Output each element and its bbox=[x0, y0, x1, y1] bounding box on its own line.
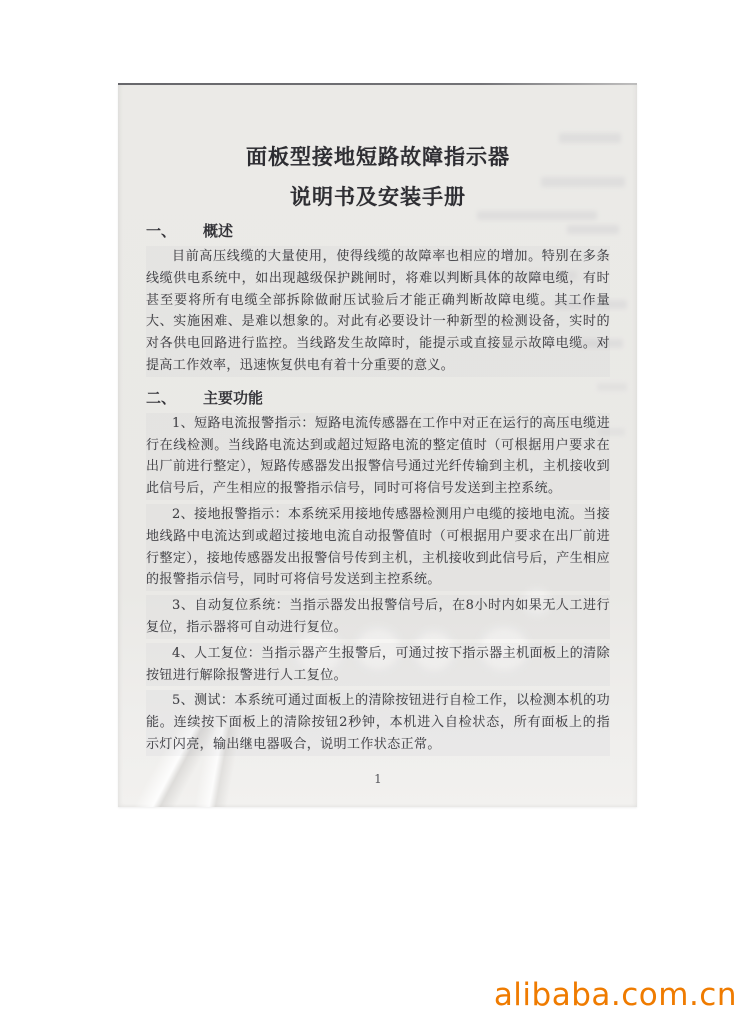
document-title-line2: 说明书及安装手册 bbox=[146, 183, 610, 210]
section-number: 一、 bbox=[146, 222, 176, 240]
function-item-ground-alarm: 2、接地报警指示：本系统采用接地传感器检测用户电缆的接地电流。当接地线路中电流达… bbox=[146, 504, 610, 591]
overview-paragraph: 目前高压线缆的大量使用，使得线缆的故障率也相应的增加。特别在多条线缆供电系统中，… bbox=[146, 246, 610, 377]
function-item-manual-reset: 4、人工复位：当指示器产生报警后，可通过按下指示器主机面板上的清除按钮进行解除报… bbox=[146, 643, 610, 687]
section-title: 概述 bbox=[203, 222, 233, 240]
function-item-auto-reset: 3、自动复位系统：当指示器发出报警信号后，在8小时内如果无人工进行复位，指示器将… bbox=[146, 595, 610, 639]
section-heading-overview: 一、概述 bbox=[146, 221, 610, 242]
section-heading-main-functions: 二、主要功能 bbox=[146, 388, 610, 409]
section-number: 二、 bbox=[146, 389, 176, 407]
document-title-line1: 面板型接地短路故障指示器 bbox=[146, 83, 610, 170]
function-item-short-circuit-alarm: 1、短路电流报警指示：短路电流传感器在工作中对正在运行的高压电缆进行在线检测。当… bbox=[146, 413, 610, 500]
page-number: 1 bbox=[146, 772, 610, 786]
screenshot-canvas: 面板型接地短路故障指示器 说明书及安装手册 一、概述 目前高压线缆的大量使用，使… bbox=[0, 0, 744, 1024]
scanned-document-page: 面板型接地短路故障指示器 说明书及安装手册 一、概述 目前高压线缆的大量使用，使… bbox=[118, 83, 637, 807]
document-body: 面板型接地短路故障指示器 说明书及安装手册 一、概述 目前高压线缆的大量使用，使… bbox=[146, 83, 610, 786]
alibaba-watermark: alibaba.com.cn bbox=[494, 977, 737, 1013]
function-item-test: 5、测试：本系统可通过面板上的清除按钮进行自检工作，以检测本机的功能。连续按下面… bbox=[146, 690, 610, 755]
section-title: 主要功能 bbox=[203, 389, 263, 407]
